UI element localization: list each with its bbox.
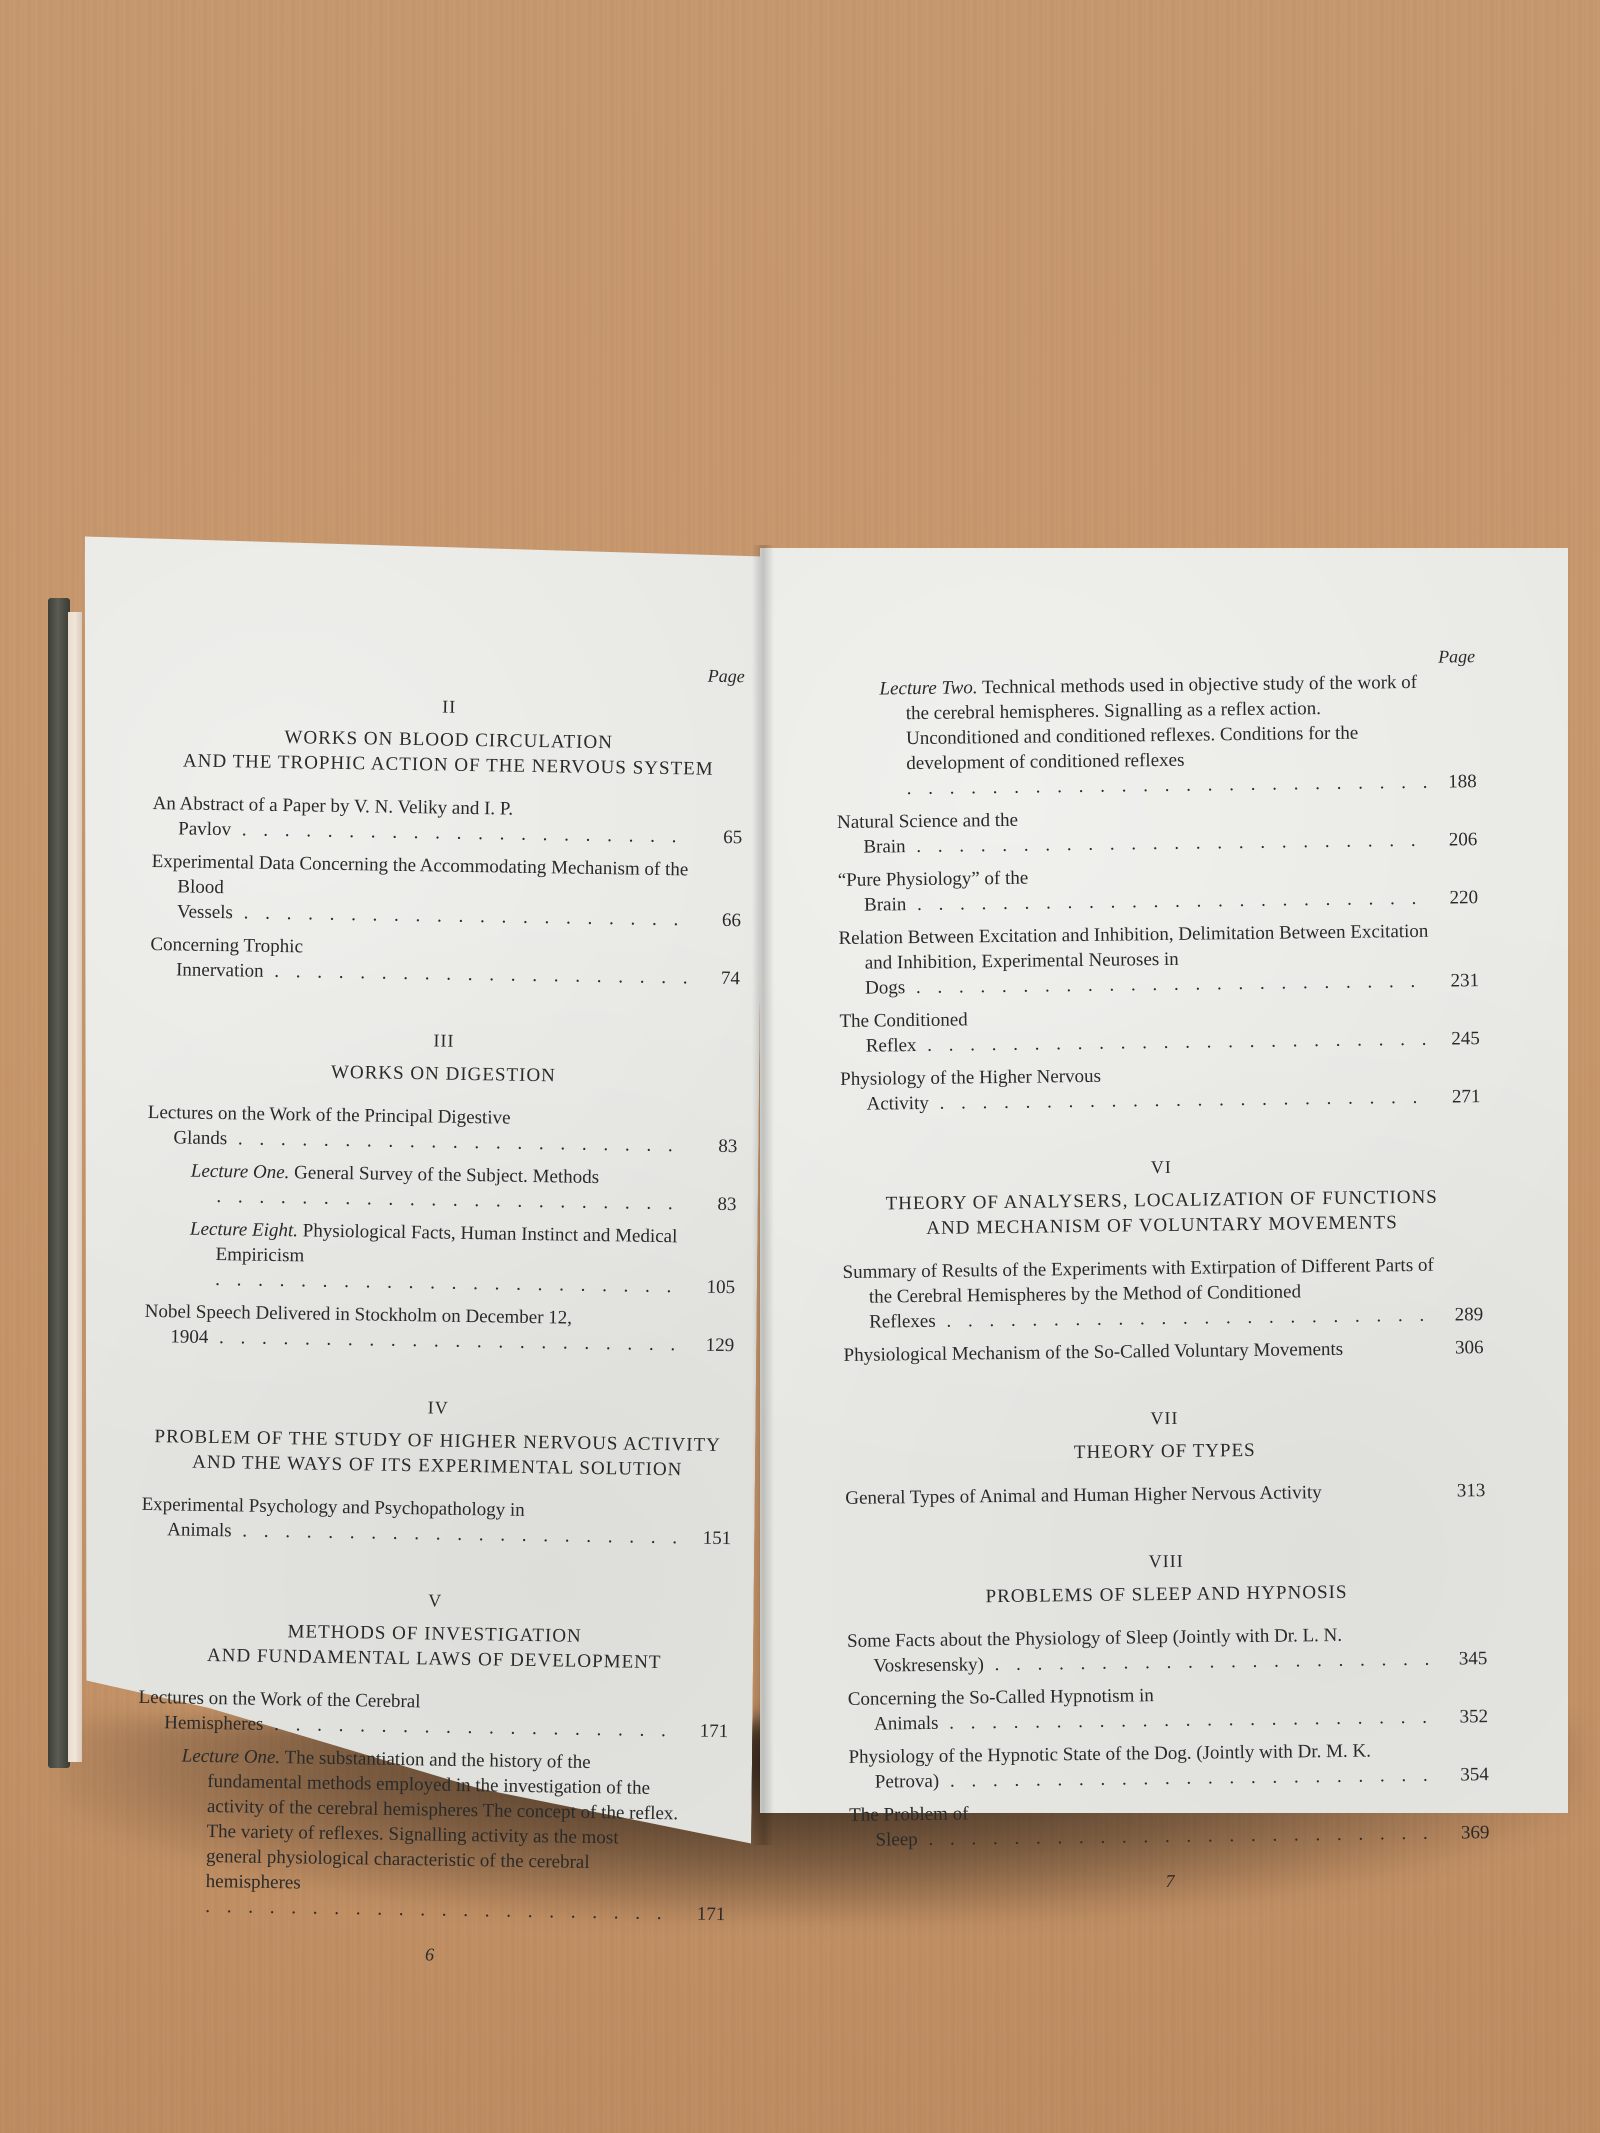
page-number: 105 — [687, 1274, 735, 1300]
toc-section-iii: III WORKS ON DIGESTION Lectures on the W… — [144, 1024, 739, 1358]
page-number: 231 — [1431, 968, 1479, 994]
page-number: 345 — [1439, 1646, 1487, 1672]
toc-entry[interactable]: “Pure Physiology” of the Brain 220 — [838, 860, 1479, 918]
toc-section-vii: VII THEORY OF TYPES General Types of Ani… — [844, 1402, 1485, 1511]
left-page-content: Page II WORKS ON BLOOD CIRCULATION AND T… — [134, 655, 744, 1972]
section-numeral: II — [154, 690, 744, 724]
page-number: 352 — [1440, 1704, 1488, 1730]
toc-subentry[interactable]: Lecture One. The substantiation and the … — [135, 1743, 728, 1927]
page-number: 129 — [686, 1332, 734, 1358]
section-numeral: VII — [844, 1402, 1484, 1435]
page-number: 171 — [677, 1901, 725, 1927]
page-number: 313 — [1437, 1478, 1485, 1504]
toc-entry[interactable]: Physiology of the Higher Nervous Activit… — [840, 1059, 1481, 1117]
toc-subentry[interactable]: Lecture One. General Survey of the Subje… — [146, 1158, 737, 1217]
toc-entry[interactable]: The Conditioned Reflex 245 — [839, 1001, 1480, 1059]
page-edges — [68, 612, 82, 1762]
toc-entry[interactable]: Relation Between Excitation and Inhibiti… — [838, 918, 1479, 1001]
page-number: 66 — [693, 907, 741, 933]
book-gutter — [752, 545, 774, 1845]
page-number: 74 — [692, 965, 740, 991]
section-numeral: VIII — [846, 1545, 1486, 1578]
page-folio: 6 — [134, 1938, 724, 1972]
section-numeral: IV — [143, 1391, 733, 1425]
toc-entry[interactable]: Physiology of the Hypnotic State of the … — [848, 1737, 1489, 1795]
toc-entry[interactable]: Concerning Trophic Innervation 74 — [150, 932, 741, 991]
page-number: 220 — [1430, 885, 1478, 911]
toc-entry[interactable]: Lectures on the Work of the Cerebral Hem… — [138, 1685, 729, 1744]
toc-entry[interactable]: Nobel Speech Delivered in Stockholm on D… — [144, 1299, 735, 1358]
lecture-label: Lecture One. — [191, 1161, 290, 1184]
page-number: 83 — [689, 1133, 737, 1159]
page-number: 83 — [688, 1191, 736, 1217]
page-number: 188 — [1428, 769, 1476, 795]
lecture-label: Lecture One. — [182, 1746, 281, 1769]
section-title: WORKS ON DIGESTION — [148, 1057, 738, 1091]
toc-subentry[interactable]: Lecture Two. Technical methods used in o… — [835, 669, 1476, 802]
toc-entry[interactable]: Experimental Data Concerning the Accommo… — [151, 849, 742, 933]
right-page-content: Page Lecture Two. Technical methods used… — [835, 644, 1490, 1898]
book-cover-edge — [48, 598, 70, 1768]
section-title: METHODS OF INVESTIGATION AND FUNDAMENTAL… — [139, 1617, 730, 1676]
toc-section-iv: IV PROBLEM OF THE STUDY OF HIGHER NERVOU… — [141, 1391, 733, 1551]
toc-entry[interactable]: The Problem of Sleep 369 — [849, 1795, 1490, 1853]
page-number: 206 — [1429, 827, 1477, 853]
section-title: THEORY OF ANALYSERS, LOCALIZATION OF FUN… — [842, 1184, 1483, 1242]
toc-section-ii: II WORKS ON BLOOD CIRCULATION AND THE TR… — [150, 690, 745, 991]
toc-entry[interactable]: Summary of Results of the Experiments wi… — [842, 1252, 1483, 1335]
page-number: 271 — [1432, 1084, 1480, 1110]
section-title: WORKS ON BLOOD CIRCULATION AND THE TROPH… — [153, 723, 744, 782]
section-numeral: III — [149, 1024, 739, 1058]
toc-entry[interactable]: Natural Science and the Brain 206 — [837, 802, 1478, 860]
toc-section-viii: VIII PROBLEMS OF SLEEP AND HYPNOSIS Some… — [846, 1545, 1490, 1853]
page-number: 65 — [694, 824, 742, 850]
page-number: 289 — [1435, 1302, 1483, 1328]
toc-entry[interactable]: Lectures on the Work of the Principal Di… — [147, 1100, 738, 1159]
section-title: PROBLEM OF THE STUDY OF HIGHER NERVOUS A… — [142, 1424, 733, 1483]
toc-entry[interactable]: Physiological Mechanism of the So-Called… — [843, 1335, 1483, 1368]
toc-subentry[interactable]: Lecture Eight. Physiological Facts, Huma… — [145, 1216, 736, 1300]
lecture-label: Lecture Eight. — [190, 1219, 298, 1242]
page-number: 151 — [683, 1525, 731, 1551]
section-numeral: V — [140, 1584, 730, 1618]
section-numeral: VI — [841, 1151, 1481, 1184]
toc-entry[interactable]: General Types of Animal and Human Higher… — [845, 1478, 1485, 1511]
toc-entry[interactable]: Concerning the So-Called Hypnotism in An… — [848, 1679, 1489, 1737]
toc-section-vi: VI THEORY OF ANALYSERS, LOCALIZATION OF … — [841, 1151, 1484, 1368]
toc-section-v: V METHODS OF INVESTIGATION AND FUNDAMENT… — [135, 1584, 730, 1927]
toc-continued-entries: Lecture Two. Technical methods used in o… — [835, 669, 1480, 1117]
toc-entry[interactable]: An Abstract of a Paper by V. N. Veliky a… — [152, 791, 743, 850]
page-number: 171 — [680, 1718, 728, 1744]
toc-entry[interactable]: Experimental Psychology and Psychopathol… — [141, 1492, 732, 1551]
section-title: PROBLEMS OF SLEEP AND HYPNOSIS — [846, 1578, 1486, 1611]
lecture-label: Lecture Two. — [879, 677, 977, 699]
toc-entry[interactable]: Some Facts about the Physiology of Sleep… — [847, 1621, 1488, 1679]
page-number: 354 — [1441, 1762, 1489, 1788]
section-title: THEORY OF TYPES — [845, 1435, 1485, 1468]
page-number: 306 — [1435, 1335, 1483, 1361]
page-number: 369 — [1441, 1820, 1489, 1846]
page-number: 245 — [1432, 1026, 1480, 1052]
